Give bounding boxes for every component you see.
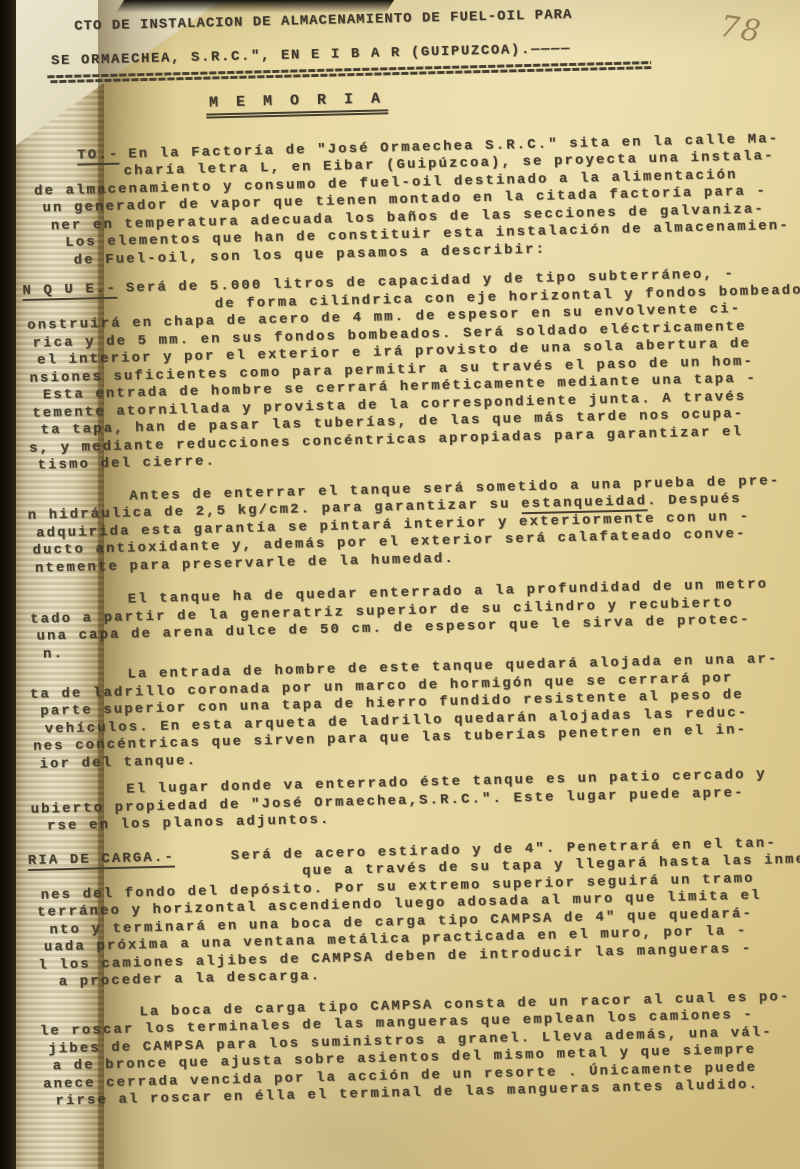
section-arqueta: La entrada de hombre de este tanque qued… <box>15 651 800 774</box>
section-tanque: N Q U E.-Será de 5.000 litros de capacid… <box>6 265 796 476</box>
section-boca-carga: La boca de carga tipo CAMPSA consta de u… <box>23 988 800 1111</box>
section-prueba-hidraulica: Antes de enterrar el tanque será sometid… <box>11 472 799 578</box>
memoria-title-text: M E M O R I A <box>206 90 388 118</box>
header-line-2: SE ORMAECHEA, S.R.C.", EN E I B A R (GUI… <box>51 35 787 70</box>
document-content: CTO DE INSTALACION DE ALMACENAMIENTO DE … <box>0 2 800 1112</box>
scanned-page: 78 CTO DE INSTALACION DE ALMACENAMIENTO … <box>0 0 800 1169</box>
section-objeto: TO.-En la Factoría de "José Ormaechea S.… <box>3 130 792 271</box>
section-label: N Q U E.- <box>22 281 117 301</box>
text-fragment: . Después <box>647 491 742 509</box>
section-enterrado: El tanque ha de quedar enterrado a la pr… <box>14 576 800 664</box>
section-label: RIA DE CARGA.- <box>28 849 175 870</box>
section-ubicacion: El lugar donde va enterrado éste tanque … <box>18 766 800 837</box>
top-edge-shadow <box>116 0 394 13</box>
section-tuberia-carga: RIA DE CARGA.-Será de acero estirado y d… <box>20 834 800 992</box>
memoria-title: M E M O R I A <box>206 81 788 118</box>
section-label: TO.- <box>77 146 119 165</box>
